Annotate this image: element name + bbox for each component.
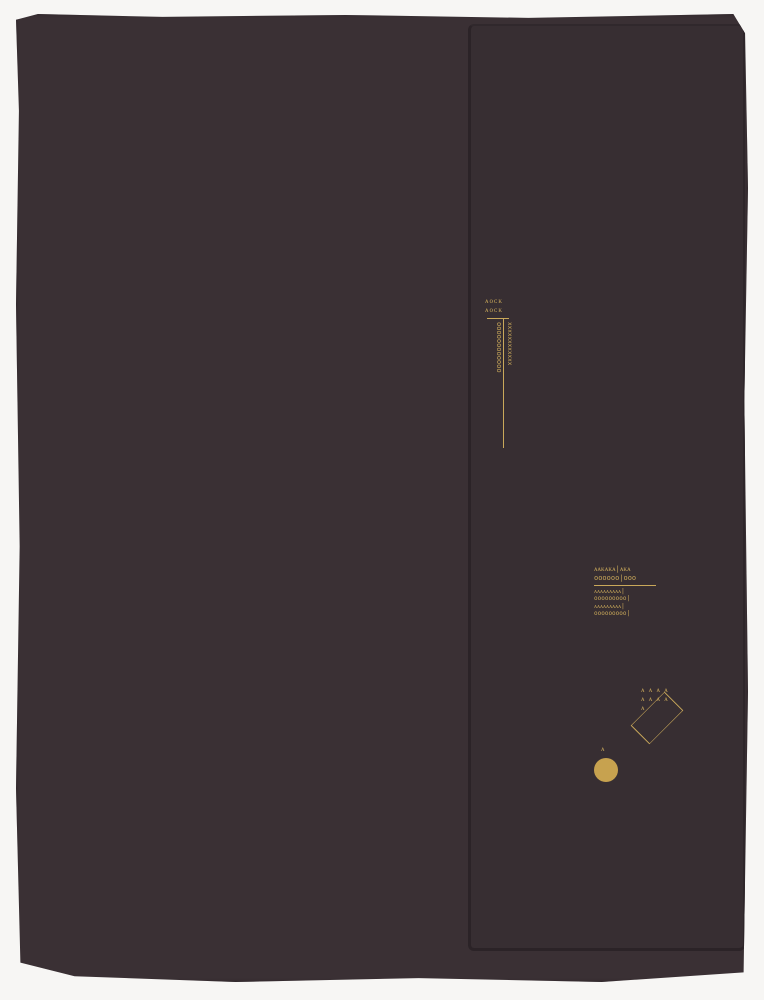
column-circles: oooooooooooo: [495, 322, 502, 373]
column-header-line-2: ᴀᴏᴄᴋ: [485, 307, 503, 314]
inner-panel: ᴀᴏᴄᴋ ᴀᴏᴄᴋ oooooooooooo xxxxxxxxxxxx ᴀᴀᴋᴀ…: [468, 24, 745, 951]
block-row-2: oooooo|ooo: [594, 575, 636, 582]
gold-disc: [594, 758, 618, 782]
disc-glyph: ᴀ: [601, 746, 605, 753]
block-row-1: ᴀᴀᴋᴀᴋᴀ|ᴀᴋᴀ: [594, 566, 631, 573]
block-row-4: ooooooooo|: [594, 596, 630, 602]
diamond-glyphs: ᴀ ᴀ ᴀ ᴀ ᴀ ᴀ ᴀ ᴀ ᴀ: [641, 686, 671, 713]
column-rule: [487, 318, 509, 319]
block-rule: [594, 585, 656, 586]
handmade-paper-sheet: ᴀᴏᴄᴋ ᴀᴏᴄᴋ oooooooooooo xxxxxxxxxxxx ᴀᴀᴋᴀ…: [16, 14, 748, 982]
column-glyphs: xxxxxxxxxxxx: [506, 322, 512, 365]
column-header-line-1: ᴀᴏᴄᴋ: [485, 298, 503, 305]
block-row-6: ooooooooo|: [594, 611, 630, 617]
column-line: [503, 318, 504, 448]
